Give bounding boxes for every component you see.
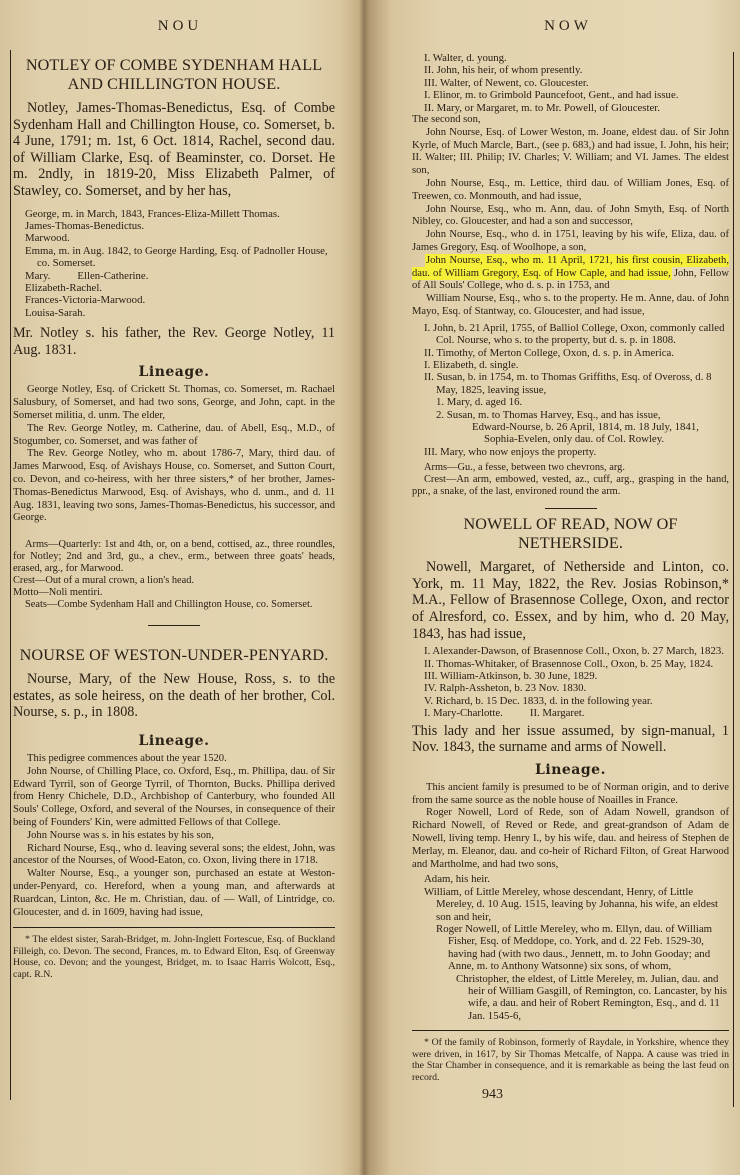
lineage-paragraph: John Nourse was s. in his estates by his…	[13, 830, 335, 843]
list-item: Louisa-Sarah.	[13, 307, 335, 319]
list-item: 2. Susan, m. to Thomas Harvey, Esq., and…	[412, 409, 729, 421]
list-item: II. Susan, b. in 1754, m. to Thomas Grif…	[412, 371, 729, 396]
list-item: Christopher, the eldest, of Little Merel…	[412, 973, 729, 1023]
highlighted-paragraph: John Nourse, Esq., who m. 11 April, 1721…	[412, 255, 729, 293]
list-item: I. Elinor, m. to Grimbold Pauncefoot, Ge…	[412, 89, 729, 101]
list-item: III. Walter, of Newent, co. Gloucester.	[412, 77, 729, 89]
list-item: Emma, m. in Aug. 1842, to George Harding…	[13, 245, 335, 270]
notley-intro: Notley, James-Thomas-Benedictus, Esq. of…	[13, 100, 335, 200]
nowell-assumption: This lady and her issue assumed, by sign…	[412, 723, 729, 756]
book-spread: NOU NOTLEY OF COMBE SYDENHAM HALL AND CH…	[0, 0, 740, 1175]
list-item: I. John, b. 21 April, 1755, of Balliol C…	[412, 322, 729, 347]
nowell-sons-list: Adam, his heir. William, of Little Merel…	[412, 873, 729, 1022]
list-item: I. Alexander-Dawson, of Brasennose Coll.…	[412, 645, 729, 657]
section-divider	[545, 508, 597, 509]
lineage-paragraph: John Nourse, of Chilling Place, co. Oxfo…	[13, 766, 335, 830]
arms-text: Arms—Gu., a fesse, between two chevrons,…	[412, 462, 729, 474]
running-head-left: NOU	[0, 18, 360, 35]
list-item: Frances-Victoria-Marwood.	[13, 294, 335, 306]
nourse-intro: Nourse, Mary, of the New House, Ross, s.…	[13, 671, 335, 721]
list-item: 1. Mary, d. aged 16.	[412, 396, 729, 408]
footnote-right: * Of the family of Robinson, formerly of…	[412, 1030, 729, 1083]
notley-title: NOTLEY OF COMBE SYDENHAM HALL AND CHILLI…	[13, 56, 335, 94]
list-item: George, m. in March, 1843, Frances-Eliza…	[13, 208, 335, 220]
list-item: Adam, his heir.	[412, 873, 729, 885]
arms-text: Arms—Quarterly: 1st and 4th, or, on a be…	[13, 539, 335, 575]
lineage-paragraph: Roger Nowell, Lord of Rede, son of Adam …	[412, 807, 729, 871]
lineage-paragraph: The Rev. George Notley, m. Catherine, da…	[13, 423, 335, 449]
left-column: NOTLEY OF COMBE SYDENHAM HALL AND CHILLI…	[10, 50, 335, 1100]
lineage-paragraph: Walter Nourse, Esq., a younger son, purc…	[13, 868, 335, 919]
running-head-right: NOW	[388, 18, 740, 35]
lineage-paragraph: This pedigree commences about the year 1…	[13, 753, 335, 766]
nowell-title: NOWELL OF READ, NOW OF NETHERSIDE.	[412, 515, 729, 553]
seats-text: Seats—Combe Sydenham Hall and Chillingto…	[13, 599, 335, 611]
lineage-paragraph: Richard Nourse, Esq., who d. leaving sev…	[13, 843, 335, 869]
nourse-title: NOURSE OF WESTON-UNDER-PENYARD.	[13, 646, 335, 665]
paragraph: John Nourse, Esq., m. Lettice, third dau…	[412, 178, 729, 204]
paragraph: John Nourse, Esq., who m. Ann, dau. of J…	[412, 204, 729, 230]
william-issue-list: I. John, b. 21 April, 1755, of Balliol C…	[412, 322, 729, 458]
paragraph: John Nourse, Esq. of Lower Weston, m. Jo…	[412, 127, 729, 178]
notley-heraldry: Arms—Quarterly: 1st and 4th, or, on a be…	[13, 539, 335, 611]
lineage-heading: Lineage.	[13, 364, 335, 380]
list-item: III. William-Atkinson, b. 30 June, 1829.	[412, 670, 729, 682]
crest-text: Crest—An arm, embowed, vested, az., cuff…	[412, 474, 729, 498]
paragraph: William Nourse, Esq., who s. to the prop…	[412, 293, 729, 319]
list-item: Elizabeth-Rachel.	[13, 282, 335, 294]
list-item: Edward-Nourse, b. 26 April, 1814, m. 18 …	[412, 421, 729, 446]
list-item: James-Thomas-Benedictus.	[13, 220, 335, 232]
lineage-heading: Lineage.	[412, 762, 729, 778]
list-item: I. Mary-Charlotte. II. Margaret.	[412, 707, 729, 719]
motto-text: Motto—Noli mentiri.	[13, 587, 335, 599]
list-item: III. Mary, who now enjoys the property.	[412, 446, 729, 458]
paragraph: The second son,	[412, 114, 729, 127]
list-item: William, of Little Mereley, whose descen…	[412, 886, 729, 923]
list-item: V. Richard, b. 15 Dec. 1833, d. in the f…	[412, 695, 729, 707]
list-item: Marwood.	[13, 232, 335, 244]
section-divider	[148, 625, 200, 626]
list-item: Roger Nowell, of Little Mereley, who m. …	[412, 923, 729, 973]
lineage-heading: Lineage.	[13, 733, 335, 749]
page-number: 943	[482, 1087, 729, 1103]
list-item: IV. Ralph-Assheton, b. 23 Nov. 1830.	[412, 682, 729, 694]
lineage-paragraph: George Notley, Esq. of Crickett St. Thom…	[13, 384, 335, 422]
list-item: II. John, his heir, of whom presently.	[412, 64, 729, 76]
lineage-paragraph: The Rev. George Notley, who m. about 178…	[13, 448, 335, 525]
nowell-intro: Nowell, Margaret, of Netherside and Lint…	[412, 559, 729, 642]
crest-text: Crest—Out of a mural crown, a lion's hea…	[13, 575, 335, 587]
nowell-issue-list: I. Alexander-Dawson, of Brasennose Coll.…	[412, 645, 729, 719]
list-item: Mary. Ellen-Catherine.	[13, 270, 335, 282]
list-item: II. Timothy, of Merton College, Oxon, d.…	[412, 347, 729, 359]
notley-children-list: George, m. in March, 1843, Frances-Eliza…	[13, 208, 335, 320]
notley-succession: Mr. Notley s. his father, the Rev. Georg…	[13, 325, 335, 358]
lineage-paragraph: This ancient family is presumed to be of…	[412, 782, 729, 808]
right-page: NOW I. Walter, d. young. II. John, his h…	[368, 0, 740, 1175]
left-page: NOU NOTLEY OF COMBE SYDENHAM HALL AND CH…	[0, 0, 360, 1175]
list-item: I. Walter, d. young.	[412, 52, 729, 64]
footnote-left: * The eldest sister, Sarah-Bridget, m. J…	[13, 927, 335, 980]
list-item: II. Thomas-Whitaker, of Brasennose Coll.…	[412, 658, 729, 670]
list-item: II. Mary, or Margaret, m. to Mr. Powell,…	[412, 102, 729, 114]
right-column: I. Walter, d. young. II. John, his heir,…	[412, 52, 734, 1107]
list-item: I. Elizabeth, d. single.	[412, 359, 729, 371]
paragraph: John Nourse, Esq., who d. in 1751, leavi…	[412, 229, 729, 255]
